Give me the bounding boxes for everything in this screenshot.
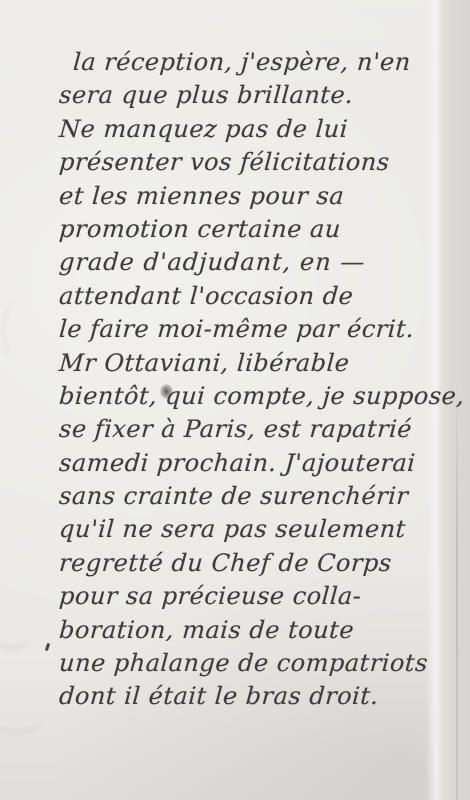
handwritten-line: Ne manquez pas de lui: [58, 113, 442, 146]
handwritten-line: se fixer à Paris, est rapatrié: [58, 413, 442, 446]
handwritten-line: sera que plus brillante.: [58, 79, 442, 112]
handwritten-line: une phalange de compatriots: [58, 647, 442, 680]
handwritten-line: la réception, j'espère, n'en: [58, 46, 442, 79]
handwritten-line: samedi prochain. J'ajouterai: [58, 447, 442, 480]
margin-bleedthrough-smudge: [0, 700, 45, 733]
margin-bleedthrough-smudge: [2, 300, 35, 360]
handwritten-line: le faire moi-même par écrit.: [58, 313, 442, 346]
letter-body: la réception, j'espère, n'en sera que pl…: [58, 46, 440, 714]
handwritten-line: dont il était le bras droit.: [58, 680, 442, 713]
handwritten-line: sans crainte de surenchérir: [58, 480, 442, 513]
handwritten-line: pour sa précieuse colla-: [58, 580, 442, 613]
handwritten-line: bientôt, qui compte, je suppose,: [58, 380, 442, 413]
stray-ink-mark: [45, 643, 50, 652]
page-fold-line: [456, 380, 458, 800]
handwritten-line: regretté du Chef de Corps: [58, 547, 442, 580]
handwritten-line: qu'il ne sera pas seulement: [58, 513, 442, 546]
ink-blot: [160, 384, 173, 399]
scanned-letter-page: la réception, j'espère, n'en sera que pl…: [0, 0, 470, 800]
handwritten-line: présenter vos félicitations: [58, 146, 442, 179]
handwritten-line: Mr Ottaviani, libérable: [58, 347, 442, 380]
handwritten-line: boration, mais de toute: [58, 614, 442, 647]
handwritten-line: promotion certaine au: [58, 213, 442, 246]
margin-bleedthrough-smudge: [0, 620, 32, 649]
handwritten-line: et les miennes pour sa: [58, 180, 442, 213]
handwritten-line: attendant l'occasion de: [58, 280, 442, 313]
handwritten-line: grade d'adjudant, en —: [58, 246, 442, 279]
